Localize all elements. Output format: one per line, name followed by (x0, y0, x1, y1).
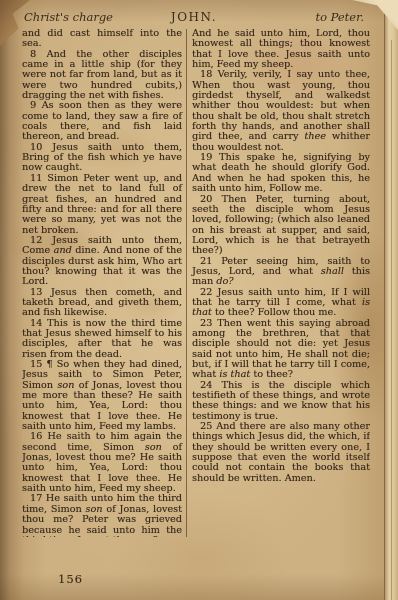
verse: 23 Then went this saying abroad among th… (192, 319, 370, 381)
verse: 25 And there are also many other things … (192, 422, 370, 484)
verse: 19 This spake he, signifying by what dea… (192, 153, 370, 194)
right-column: And he said unto him, Lord, thou knowest… (187, 29, 370, 537)
verse: 11 Simon Peter went up, and drew the net… (22, 174, 182, 236)
verse: 24 This is the disciple which testifieth… (192, 381, 370, 422)
header-right-title: to Peter. (315, 10, 364, 24)
left-column: and did cast himself into the sea.8 And … (22, 29, 187, 537)
verse: 21 Peter seeing him, saith to Jesus, Lor… (192, 257, 370, 288)
verse: 15 ¶ So when they had dined, Jesus saith… (22, 360, 182, 432)
verse: 9 As soon then as they were come to land… (22, 101, 182, 142)
verse: And he said unto him, Lord, thou knowest… (192, 29, 370, 70)
verse: 16 He saith to him again the second time… (22, 432, 182, 494)
verse: 14 This is now the third time that Jesus… (22, 319, 182, 360)
verse: 22 Jesus saith unto him, If I will that … (192, 288, 370, 319)
scanned-bible-page: { "page": { "header": { "left": "Christ'… (0, 0, 398, 600)
verse: 10 Jesus saith unto them, Bring of the f… (22, 143, 182, 174)
page-edge-crease (391, 40, 392, 600)
header-book-title: JOHN. (24, 10, 364, 24)
verse: 17 He saith unto him the third time, Sim… (22, 494, 182, 537)
page-number: 156 (58, 572, 83, 586)
running-header: Christ's charge JOHN. to Peter. (24, 10, 364, 26)
text-columns: and did cast himself into the sea.8 And … (22, 29, 370, 537)
verse: 12 Jesus saith unto them, Come and dine.… (22, 236, 182, 288)
verse: 20 Then Peter, turning about, seeth the … (192, 195, 370, 257)
verse: and did cast himself into the sea. (22, 29, 182, 50)
verse: 18 Verily, verily, I say unto thee, When… (192, 70, 370, 153)
verse: 13 Jesus then cometh, and taketh bread, … (22, 288, 182, 319)
verse: 8 And the other disciples came in a litt… (22, 50, 182, 102)
